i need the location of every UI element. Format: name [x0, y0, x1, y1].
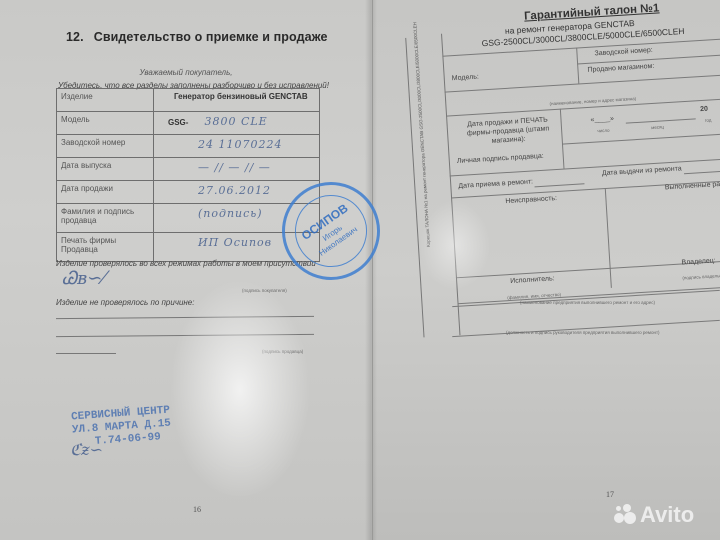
- handwritten-value: 3800 CLE: [204, 115, 267, 128]
- section-title-text: Свидетельство о приемке и продаже: [94, 30, 328, 44]
- table-row: ИзделиеГенератор бензиновый GENCTAB: [57, 89, 320, 112]
- greeting: Уважаемый покупатель,: [0, 68, 372, 77]
- table-row: Дата продажи27.06.2012: [57, 181, 320, 204]
- service-signature: ℭƶ∽: [70, 440, 103, 459]
- handwritten-value: — // — // —: [198, 161, 271, 174]
- row-label: Фамилия и подпись продавца: [57, 204, 154, 233]
- day-quotes: «____»: [590, 115, 614, 123]
- table-row: Фамилия и подпись продавца(подпись): [57, 204, 320, 233]
- buyer-signature: Ꮚʙ∽⁄: [62, 268, 105, 289]
- printed-value: Генератор бензиновый GENCTAB: [174, 92, 308, 101]
- company-caption: (наименование предприятия выполнившего р…: [520, 300, 655, 305]
- page-number-left: 16: [193, 505, 201, 514]
- head-caption: (должность и подпись руководителя предпр…: [506, 330, 660, 335]
- table-row: МодельGSG-3800 CLE: [57, 112, 320, 135]
- handwritten-value: ИП Осипов: [198, 236, 272, 249]
- row-label: Заводской номер: [57, 135, 154, 158]
- row-value: 24 11070224: [154, 135, 320, 158]
- avito-watermark: Avito: [614, 502, 694, 528]
- avito-text: Avito: [640, 502, 694, 528]
- not-checked-text: Изделие не проверялось по причине:: [56, 298, 194, 307]
- section-title: 12.Свидетельство о приемке и продаже: [66, 30, 328, 44]
- table-row: Заводской номер24 11070224: [57, 135, 320, 158]
- table-row: Печать фирмы ПродавцаИП Осипов: [57, 233, 320, 262]
- row-label: Модель: [57, 112, 154, 135]
- seller-signature-caption: (подпись продавца): [262, 349, 303, 354]
- warranty-coupon: Корешок ТАЛОНА №1 на ремонт генератора G…: [404, 0, 720, 347]
- row-value: Генератор бензиновый GENCTAB: [154, 89, 320, 112]
- row-label: Изделие: [57, 89, 154, 112]
- buyer-signature-caption: (подпись покупателя): [242, 288, 287, 293]
- model-prefix: GSG-: [168, 118, 188, 127]
- avito-logo-icon: [614, 504, 636, 526]
- checked-text: Изделие проверялось во всех режимах рабо…: [56, 259, 316, 268]
- section-number: 12.: [66, 30, 84, 44]
- month-caption: месяц: [651, 124, 664, 130]
- acceptance-table: ИзделиеГенератор бензиновый GENCTABМодел…: [56, 88, 320, 262]
- day-caption: число: [597, 128, 610, 134]
- handwritten-value: (подпись): [198, 207, 263, 220]
- handwritten-value: 27.06.2012: [198, 184, 271, 197]
- row-label: Дата выпуска: [57, 158, 154, 181]
- row-value: — // — // —: [154, 158, 320, 181]
- table-row: Дата выпуска— // — // —: [57, 158, 320, 181]
- year-caption: год: [705, 117, 712, 122]
- row-label: Печать фирмы Продавца: [57, 233, 154, 262]
- page-number-right: 17: [606, 490, 614, 499]
- row-value: GSG-3800 CLE: [154, 112, 320, 135]
- row-label: Дата продажи: [57, 181, 154, 204]
- reason-line-3: [56, 353, 116, 354]
- handwritten-value: 24 11070224: [198, 138, 282, 151]
- year-prefix: 20: [700, 106, 708, 113]
- book-gutter: [365, 0, 377, 540]
